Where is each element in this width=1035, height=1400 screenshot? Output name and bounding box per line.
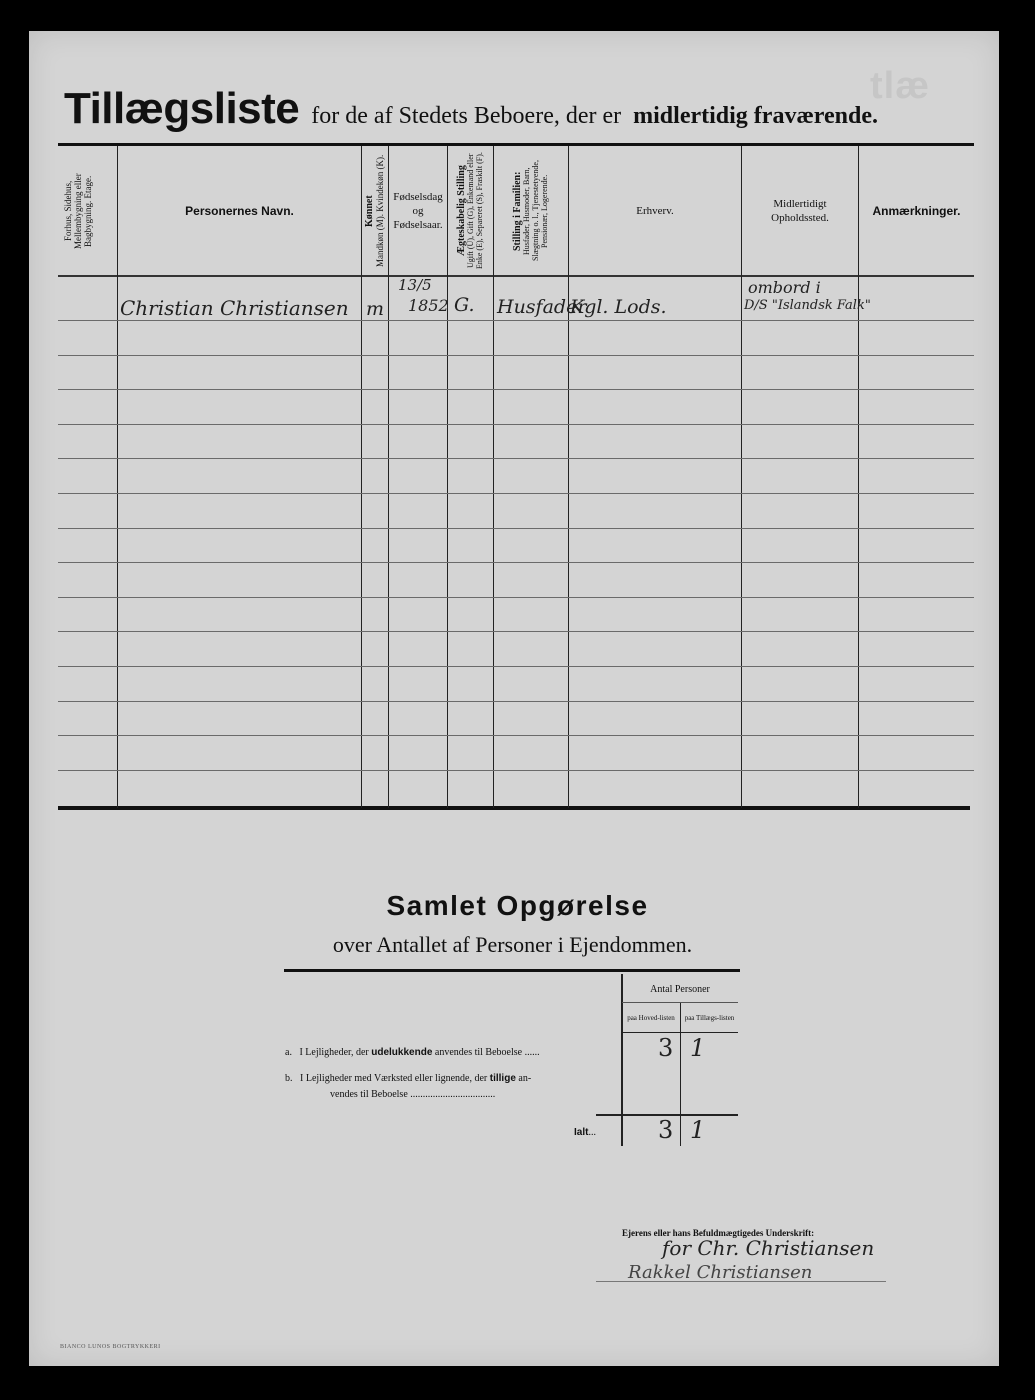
header-birth: Fødselsdag og Fødselsaar.	[389, 148, 447, 274]
header-remarks: Anmærkninger.	[859, 148, 974, 274]
header-family: Stilling i Familien: Husfader, Husmoder,…	[494, 148, 568, 274]
summary-row-a: a. I Lejligheder, der udelukkende anvend…	[285, 1047, 540, 1058]
form-title-part1: for de af Stedets Beboere, der er	[311, 103, 621, 129]
summary-rule	[622, 1032, 738, 1033]
marital-status: G.	[454, 294, 475, 316]
header-bottom-rule	[58, 275, 974, 277]
col-supp-list: paa Tillægs-listen	[681, 1006, 738, 1030]
printer-mark: BIANCO LUNOS BOGTRYKKERI	[60, 1344, 161, 1350]
header-name: Personernes Navn.	[118, 148, 361, 274]
row-rule	[58, 424, 974, 425]
bleed-through-stamp: tlæ	[870, 65, 930, 108]
summary-title: Samlet Opgørelse	[0, 890, 1035, 922]
residence-line1: ombord i	[748, 278, 821, 297]
signature-line2: Rakkel Christiansen	[628, 1262, 812, 1283]
summary-row-b-line2: vendes til Beboelse ....................…	[330, 1089, 495, 1100]
total-supp-count: 1	[690, 1116, 705, 1144]
summary-divider	[621, 974, 623, 1146]
row-rule	[58, 562, 974, 563]
total-main-count: 3	[658, 1116, 673, 1144]
row-rule	[58, 666, 974, 667]
summary-subtitle: over Antallet af Personer i Ejendommen.	[0, 932, 1025, 958]
form-title-bold: midlertidig fraværende.	[633, 103, 878, 129]
header-residence: Midlertidigt Opholdssted.	[742, 148, 858, 274]
person-sex: m	[366, 298, 384, 320]
residence-line2: D/S "Islandsk Falk"	[744, 298, 871, 313]
row-rule	[58, 770, 974, 771]
birth-day: 13/5	[398, 276, 432, 294]
row-a-supp-count: 1	[690, 1034, 705, 1062]
header-occupation: Erhverv.	[569, 148, 741, 274]
summary-total-label: Ialt...	[574, 1127, 596, 1138]
row-a-main-count: 3	[658, 1034, 673, 1062]
row-rule	[58, 631, 974, 632]
header-sex: Kønnet Mandkøn (M). Kvindekøn (K).	[362, 148, 388, 274]
header-marital: Ægteskabelig Stilling Ugift (U), Gift (G…	[448, 148, 493, 274]
person-name: Christian Christiansen	[120, 296, 349, 320]
row-rule	[58, 701, 974, 702]
antal-personer-header: Antal Personer	[622, 982, 738, 996]
form-title: Tillægsliste for de af Stedets Beboere, …	[64, 84, 878, 134]
occupation: Kgl. Lods.	[570, 296, 667, 318]
summary-rule	[622, 1002, 738, 1003]
row-rule	[58, 597, 974, 598]
table-bottom-rule	[58, 806, 970, 810]
summary-row-b: b. I Lejligheder med Værksted eller lign…	[285, 1073, 531, 1084]
col-main-list: paa Hoved-listen	[622, 1006, 680, 1030]
header-building: Forhus, Sidehus, Mellembygning eller Bag…	[58, 148, 117, 274]
row-rule	[58, 458, 974, 459]
row-rule	[58, 735, 974, 736]
row-rule	[58, 320, 974, 321]
table-top-rule	[58, 143, 974, 146]
signature-line1: for Chr. Christiansen	[662, 1236, 874, 1260]
row-rule	[58, 528, 974, 529]
form-title-main: Tillægsliste	[64, 84, 299, 133]
row-rule	[58, 493, 974, 494]
row-rule	[58, 355, 974, 356]
row-rule	[58, 389, 974, 390]
birth-year: 1852	[408, 296, 449, 315]
summary-top-rule	[284, 969, 740, 972]
